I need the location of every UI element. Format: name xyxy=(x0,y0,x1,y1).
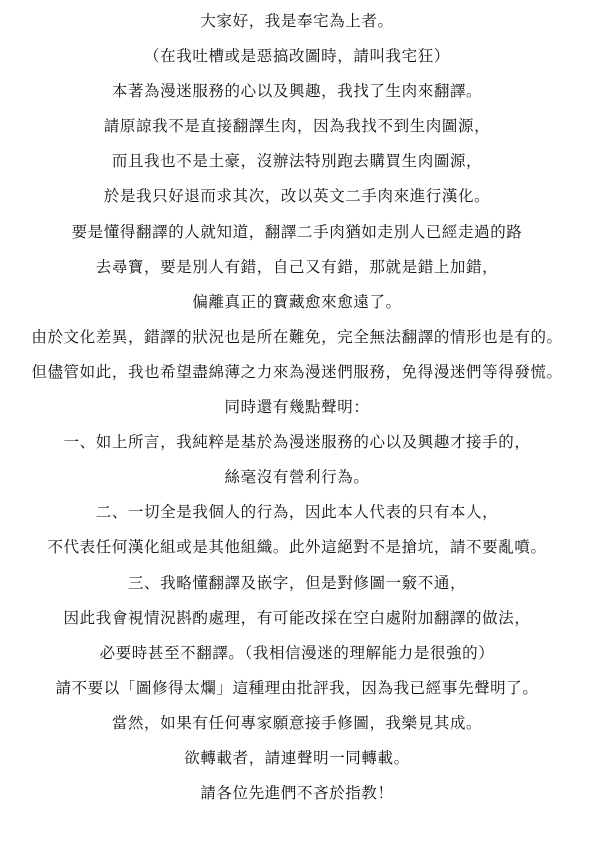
closing-line: 請各位先進們不吝於指教！ xyxy=(0,776,594,811)
text-line: 而且我也不是土豪，沒辦法特別跑去購買生肉圖源， xyxy=(0,144,594,179)
text-line: 偏離真正的寶藏愈來愈遠了。 xyxy=(0,285,594,320)
greeting-line: 大家好，我是奉宅為上者。 xyxy=(0,4,594,39)
declaration-item-1: 一、如上所言，我純粹是基於為漫迷服務的心以及興趣才接手的， xyxy=(0,425,594,460)
text-line: 要是懂得翻譯的人就知道，翻譯二手肉猶如走別人已經走過的路 xyxy=(0,215,594,250)
declaration-item-2: 二、一切全是我個人的行為，因此本人代表的只有本人， xyxy=(0,495,594,530)
text-line: 由於文化差異，錯譯的狀況也是所在難免，完全無法翻譯的情形也是有的。 xyxy=(0,320,594,355)
declaration-heading: 同時還有幾點聲明： xyxy=(0,390,594,425)
declaration-item-1-cont: 絲毫沒有營利行為。 xyxy=(0,460,594,495)
text-line: 請原諒我不是直接翻譯生肉，因為我找不到生肉圖源， xyxy=(0,109,594,144)
repost-note-line: 欲轉載者，請連聲明一同轉載。 xyxy=(0,741,594,776)
text-line: 去尋寶，要是別人有錯，自己又有錯，那就是錯上加錯， xyxy=(0,250,594,285)
declaration-item-3-cont: 必要時甚至不翻譯。（我相信漫迷的理解能力是很強的） xyxy=(0,636,594,671)
declaration-item-3: 三、我略懂翻譯及嵌字，但是對修圖一竅不通， xyxy=(0,566,594,601)
declaration-item-3-cont: 因此我會視情況斟酌處理，有可能改採在空白處附加翻譯的做法， xyxy=(0,601,594,636)
text-line: 於是我只好退而求其次，改以英文二手肉來進行漢化。 xyxy=(0,179,594,214)
text-line: 當然，如果有任何專家願意接手修圖，我樂見其成。 xyxy=(0,706,594,741)
nickname-note-line: （在我吐槽或是惡搞改圖時，請叫我宅狂） xyxy=(0,39,594,74)
text-line: 本著為漫迷服務的心以及興趣，我找了生肉來翻譯。 xyxy=(0,74,594,109)
document-page: 大家好，我是奉宅為上者。 （在我吐槽或是惡搞改圖時，請叫我宅狂） 本著為漫迷服務… xyxy=(0,0,594,841)
declaration-item-2-cont: 不代表任何漢化組或是其他組織。此外這絕對不是搶坑，請不要亂噴。 xyxy=(0,530,594,565)
text-line: 但儘管如此，我也希望盡綿薄之力來為漫迷們服務，免得漫迷們等得發慌。 xyxy=(0,355,594,390)
text-line: 請不要以「圖修得太爛」這種理由批評我，因為我已經事先聲明了。 xyxy=(0,671,594,706)
statement-text-block: 大家好，我是奉宅為上者。 （在我吐槽或是惡搞改圖時，請叫我宅狂） 本著為漫迷服務… xyxy=(0,4,594,811)
